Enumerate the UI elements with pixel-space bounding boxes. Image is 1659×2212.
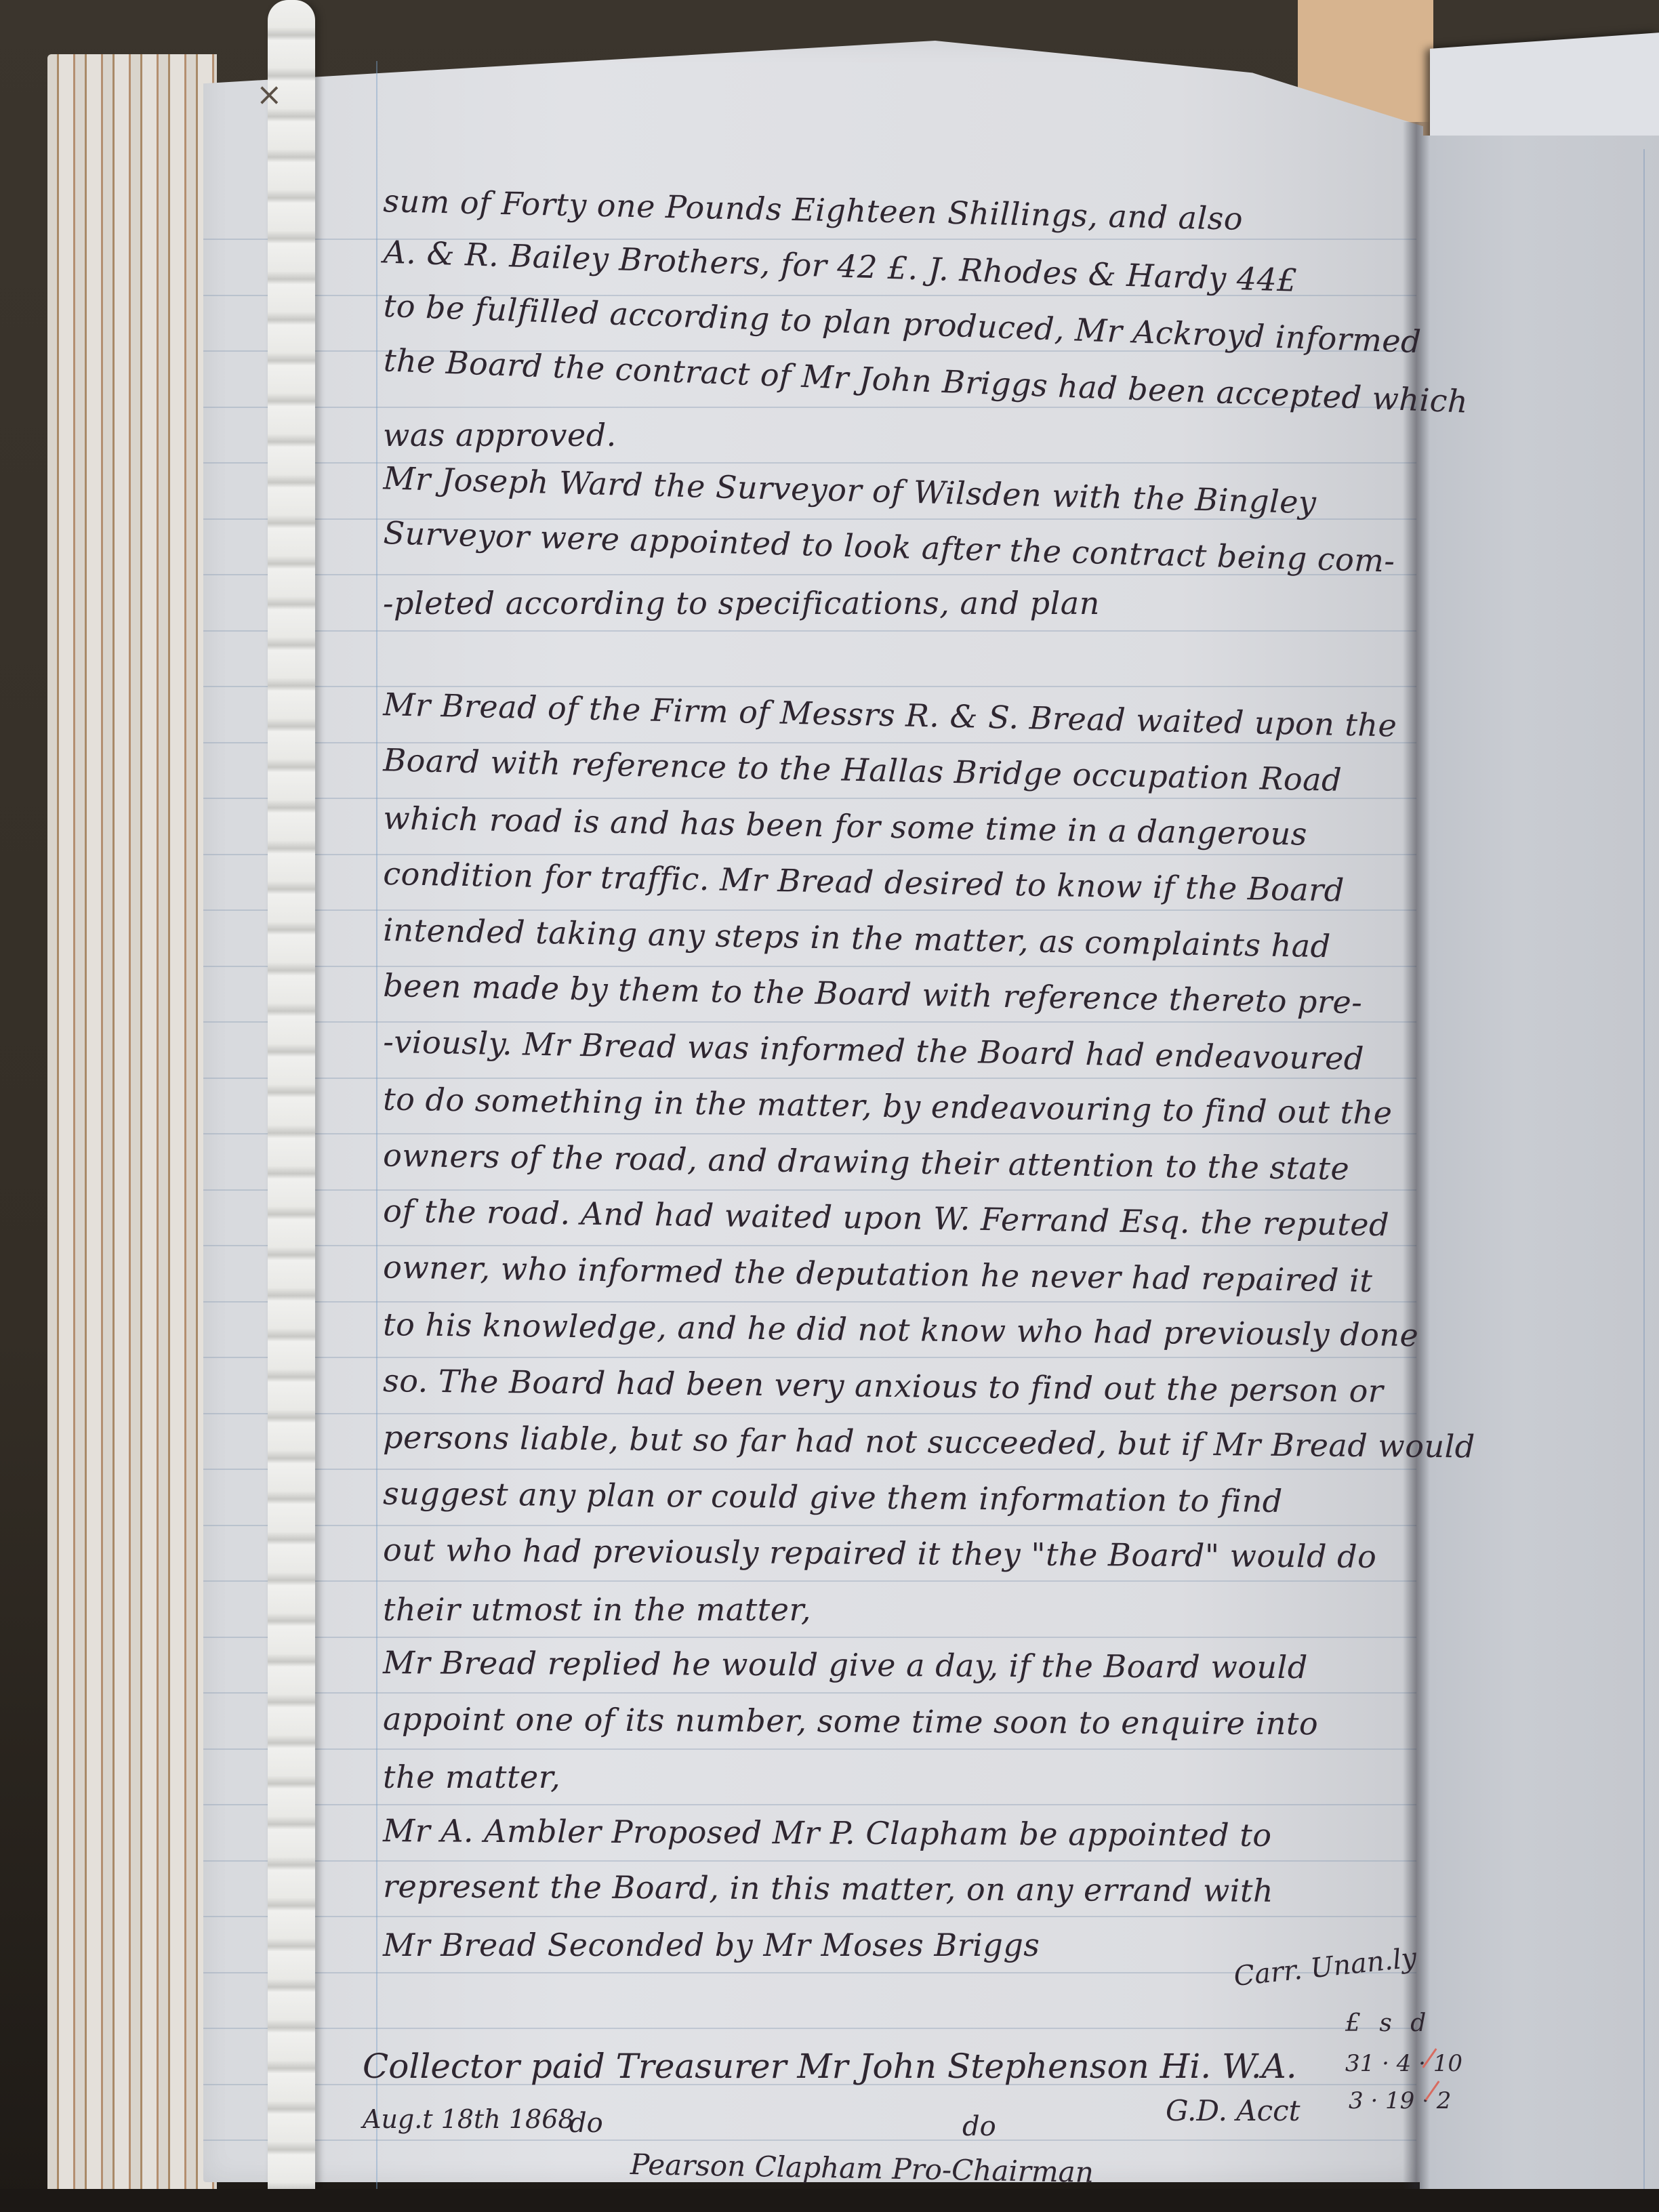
text-line: out who had previously repaired it they … — [383, 1532, 1400, 1595]
text-line: appoint one of its number, some time soo… — [383, 1700, 1399, 1761]
ditto-mark-1: do — [569, 2108, 603, 2139]
minutes-text: sum of Forty one Pounds Eighteen Shillin… — [383, 193, 1399, 1982]
ditto-mark-2: do — [962, 2111, 996, 2142]
right-page — [1420, 136, 1659, 2203]
paragraph-gap — [383, 640, 1399, 697]
text-line: so. The Board had been very anxious to f… — [383, 1362, 1400, 1429]
text-line: their utmost in the matter, — [383, 1591, 1399, 1647]
text-line: represent the Board, in this matter, on … — [383, 1868, 1399, 1929]
margin-x-mark: × — [256, 76, 283, 112]
text-line: Mr Bread replied he would give a day, if… — [383, 1644, 1399, 1705]
text-line: to his knowledge, and he did not know wh… — [383, 1306, 1400, 1372]
margin-rule — [376, 61, 377, 2196]
text-line: -pleted according to specifications, and… — [383, 585, 1399, 641]
collector-date: Aug.t 18th 1868 — [363, 2104, 575, 2134]
text-line: suggest any plan or could give them info… — [383, 1475, 1400, 1540]
collector-amount-1: 31 · 4 · 10 — [1345, 2050, 1462, 2077]
gd-account-label: G.D. Acct — [1166, 2094, 1300, 2127]
right-page-margin-rule — [1643, 149, 1645, 2196]
text-line: Mr A. Ambler Proposed Mr P. Clapham be a… — [383, 1812, 1399, 1873]
text-line: persons liable, but so far had not succe… — [383, 1418, 1400, 1483]
bookmark-cord[interactable] — [268, 0, 315, 2212]
book-bottom-edge — [0, 2189, 1659, 2212]
page-stack-edges — [47, 54, 217, 2196]
text-line: the matter, — [383, 1759, 1399, 1815]
book-gutter — [1403, 122, 1430, 2196]
ruled-line — [203, 2028, 1416, 2029]
currency-header: £ s d — [1345, 2009, 1431, 2037]
collector-entry-line1: Collector paid Treasurer Mr John Stephen… — [363, 2047, 1297, 2086]
ruled-line — [203, 2139, 1416, 2141]
collector-amount-2: 3 · 19 · 2 — [1349, 2087, 1451, 2114]
